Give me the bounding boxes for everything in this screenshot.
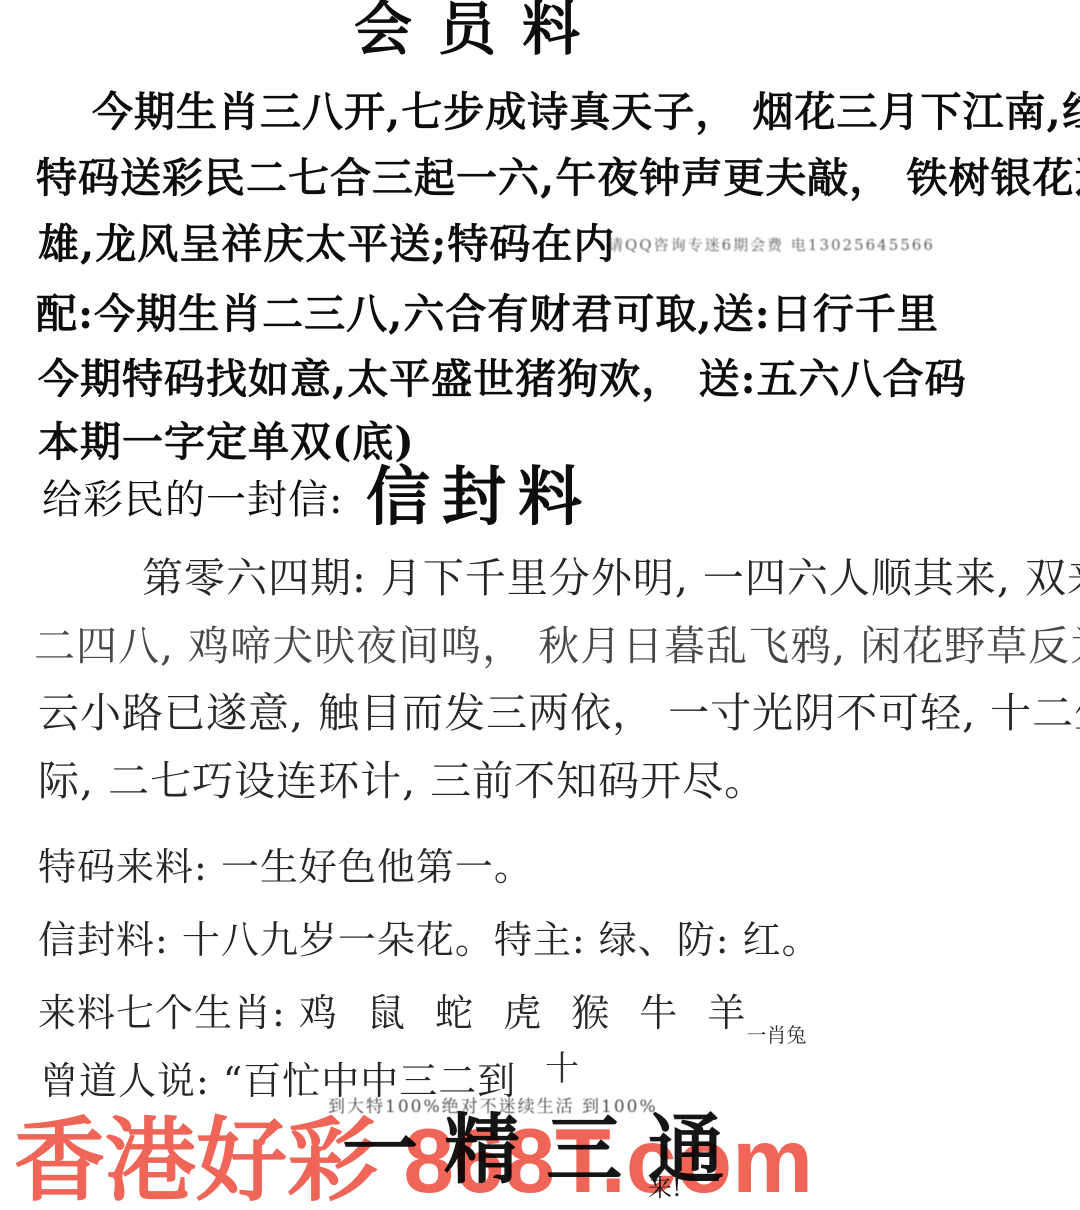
xinfeng-tip-line: 信封料: 十八九岁一朵花。特主: 绿、防: 红。	[38, 921, 821, 959]
watermark-brand: 香港好彩	[14, 1111, 378, 1210]
page-title: 会员料	[0, 0, 1080, 58]
cross-mark: 十	[545, 1052, 580, 1086]
zengdaoren-line: 曾道人说: “百忙中中三二到	[40, 1062, 516, 1100]
zodiac-label: 来料七个生肖:	[38, 991, 299, 1035]
contact-fine-print: 请QQ咨询专迷6期会费 电13025645566	[608, 238, 935, 253]
letter-para-line-4: 际, 二七巧设连环计, 三前不知码开尽。	[38, 761, 766, 802]
overlay-big-text: 一精三通	[342, 1112, 750, 1188]
danshuang-line: 本期一字定单双(底)	[38, 422, 415, 463]
overlay-note: 来!	[648, 1168, 682, 1203]
zodiac-subnote: 一肖兔	[746, 1025, 806, 1045]
ruyi-line: 今期特码找如意,太平盛世猪狗欢， 送:五六八合码	[38, 359, 967, 400]
pei-line: 配:今期生肖二三八,六合有财君可取,送:日行千里	[36, 294, 939, 335]
document-page: 会员料 今期生肖三八开,七步成诗真天子， 烟花三月下江南,红绿 特码送彩民二七合…	[0, 0, 1080, 1210]
letter-para-line-2: 二四八, 鸡啼犬吠夜间鸣， 秋月日暮乱飞鸦, 闲花野草反为珍, 青	[34, 626, 1080, 667]
member-para-line-2: 特码送彩民二七合三起一六,午夜钟声更夫敲， 铁树银花送英	[36, 158, 1080, 199]
letter-heading: 信封料	[366, 466, 594, 530]
zodiac-tip-line: 来料七个生肖: 鸡 鼠 蛇 虎 猴 牛 羊一肖兔	[38, 994, 806, 1032]
member-para-line-3: 雄,龙风呈祥庆太平送;特码在内	[38, 224, 615, 265]
letter-para-line-1: 第零六四期: 月下千里分外明, 一四六人顺其来, 双来还凑	[142, 558, 1080, 599]
member-para-line-1: 今期生肖三八开,七步成诗真天子， 烟花三月下江南,红绿	[92, 92, 1080, 133]
letter-para-line-3: 云小路已遂意, 触目而发三两依， 一寸光阴不可轻, 十二生肖算实	[38, 693, 1080, 734]
letter-label: 给彩民的一封信:	[42, 480, 343, 520]
zodiac-animals: 鸡 鼠 蛇 虎 猴 牛 羊	[299, 991, 746, 1035]
tema-tip-line: 特码来料: 一生好色他第一。	[38, 848, 533, 886]
